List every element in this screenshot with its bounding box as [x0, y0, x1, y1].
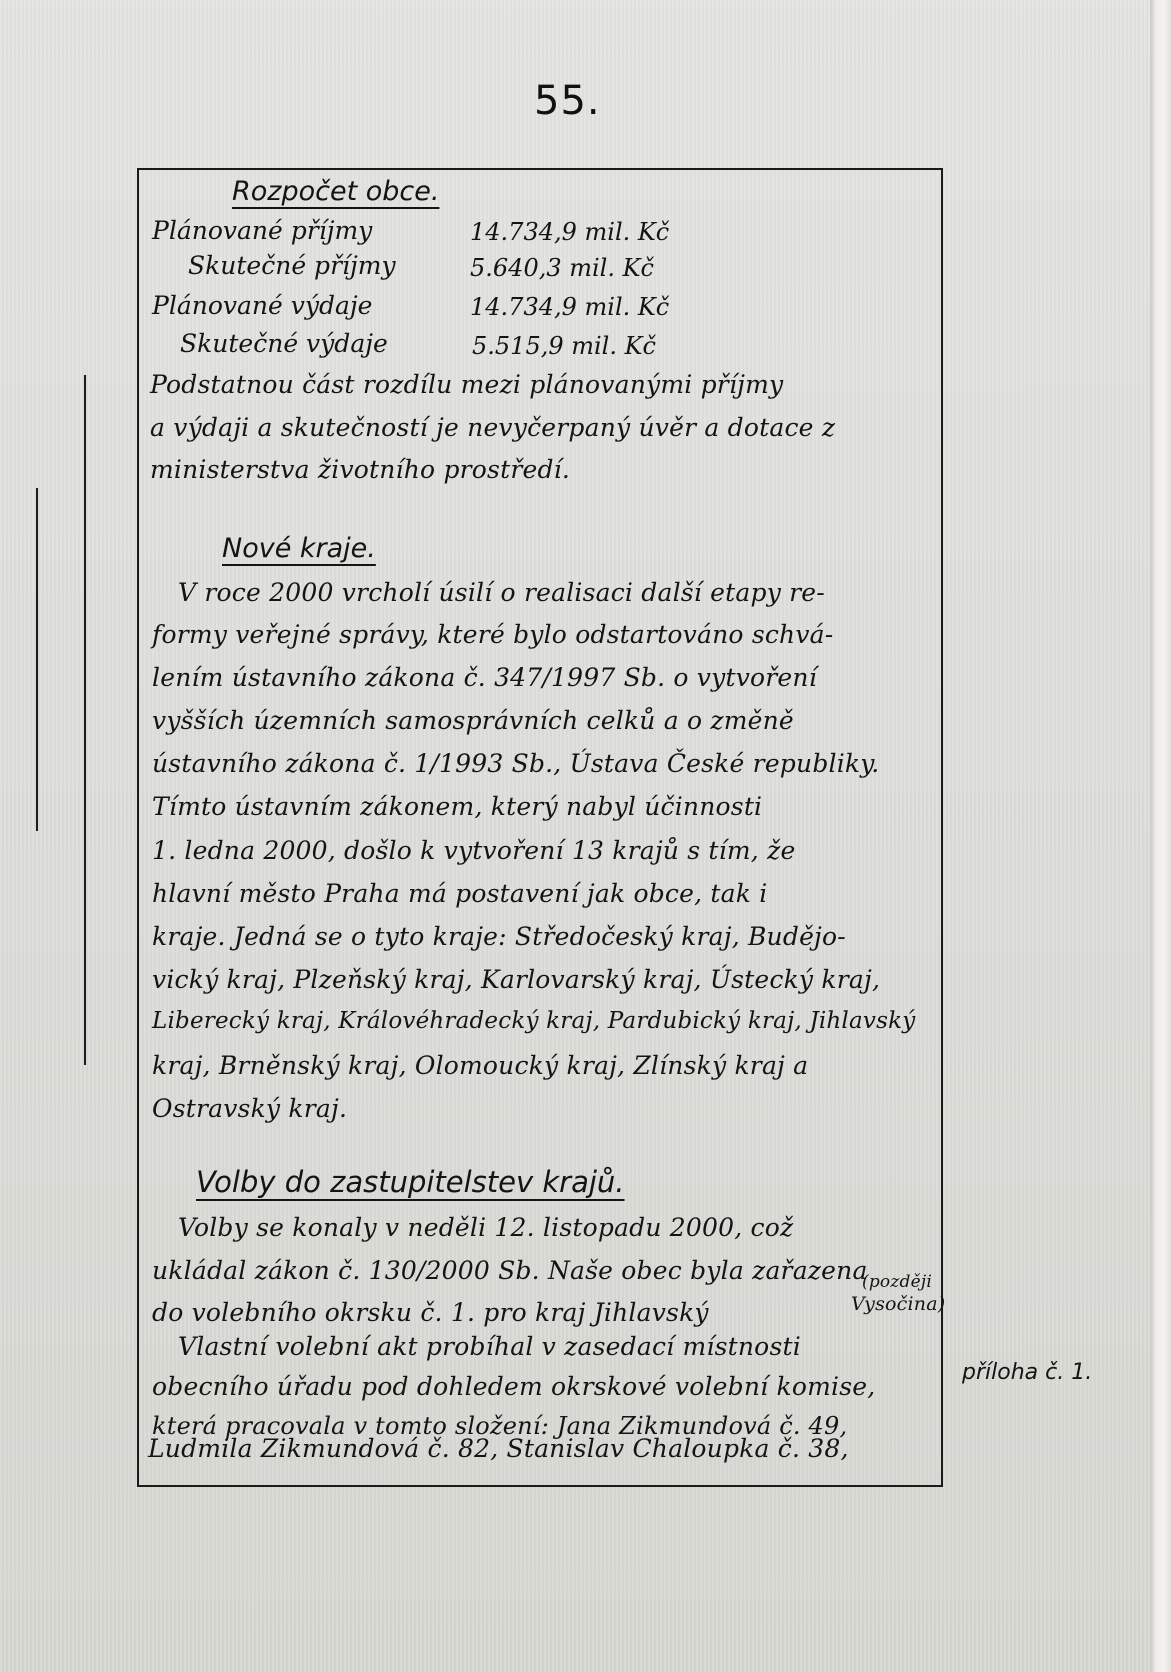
elections-line: Vlastní volební akt probíhal v zasedací … — [178, 1332, 801, 1361]
elections-inline-note-bottom: Vysočina) — [851, 1293, 945, 1315]
left-margin-line-long — [84, 375, 86, 1065]
new-regions-line: formy veřejné správy, které bylo odstart… — [152, 620, 833, 649]
new-regions-line: kraje. Jedná se o tyto kraje: Středočesk… — [152, 922, 846, 951]
new-regions-line: Ostravský kraj. — [152, 1094, 347, 1123]
budget-row-value: 14.734,9 mil. Kč — [470, 218, 669, 246]
new-regions-line: vyšších územních samosprávních celků a o… — [152, 706, 794, 735]
notebook-page: 55. Rozpočet obce. Plánované příjmy 14.7… — [0, 0, 1155, 1672]
new-regions-line: kraj, Brněnský kraj, Olomoucký kraj, Zlí… — [152, 1051, 808, 1080]
elections-line: Volby se konaly v neděli 12. listopadu 2… — [178, 1213, 793, 1242]
budget-row-label: Skutečné výdaje — [180, 329, 388, 358]
budget-heading: Rozpočet obce. — [232, 176, 439, 207]
new-regions-line: V roce 2000 vrcholí úsilí o realisaci da… — [178, 578, 825, 607]
elections-heading: Volby do zastupitelstev krajů. — [196, 1165, 625, 1199]
budget-row-value: 5.515,9 mil. Kč — [472, 332, 656, 360]
attachment-margin-note: příloha č. 1. — [962, 1360, 1092, 1385]
paper-deckle-edge — [1150, 0, 1171, 1672]
elections-line: obecního úřadu pod dohledem okrskové vol… — [152, 1372, 875, 1401]
budget-row-value: 5.640,3 mil. Kč — [470, 254, 654, 282]
new-regions-line: ústavního zákona č. 1/1993 Sb., Ústava Č… — [152, 749, 879, 778]
elections-line: Ludmila Zikmundová č. 82, Stanislav Chal… — [148, 1434, 849, 1463]
new-regions-heading: Nové kraje. — [222, 533, 376, 564]
budget-row-label: Plánované výdaje — [152, 291, 372, 320]
elections-line: do volebního okrsku č. 1. pro kraj Jihla… — [152, 1298, 709, 1327]
new-regions-line: Tímto ústavním zákonem, který nabyl účin… — [152, 792, 762, 821]
text-frame — [137, 168, 943, 1487]
budget-note-line: Podstatnou část rozdílu mezi plánovanými… — [150, 370, 783, 399]
budget-row-label: Skutečné příjmy — [188, 251, 396, 280]
budget-note-line: a výdaji a skutečností je nevyčerpaný úv… — [150, 413, 835, 442]
new-regions-line: 1. ledna 2000, došlo k vytvoření 13 kraj… — [152, 836, 795, 865]
left-margin-line-short — [36, 488, 38, 831]
elections-line: ukládal zákon č. 130/2000 Sb. Naše obec … — [152, 1256, 868, 1285]
new-regions-line: lením ústavního zákona č. 347/1997 Sb. o… — [152, 663, 817, 692]
budget-row-value: 14.734,9 mil. Kč — [470, 293, 669, 321]
new-regions-line: hlavní město Praha má postavení jak obce… — [152, 879, 767, 908]
budget-note-line: ministerstva životního prostředí. — [150, 455, 570, 484]
page-number: 55. — [534, 78, 601, 124]
budget-row-label: Plánované příjmy — [152, 216, 372, 245]
new-regions-line: vický kraj, Plzeňský kraj, Karlovarský k… — [152, 965, 880, 994]
new-regions-line: Liberecký kraj, Královéhradecký kraj, Pa… — [152, 1008, 915, 1034]
elections-inline-note-top: (později — [862, 1272, 932, 1292]
